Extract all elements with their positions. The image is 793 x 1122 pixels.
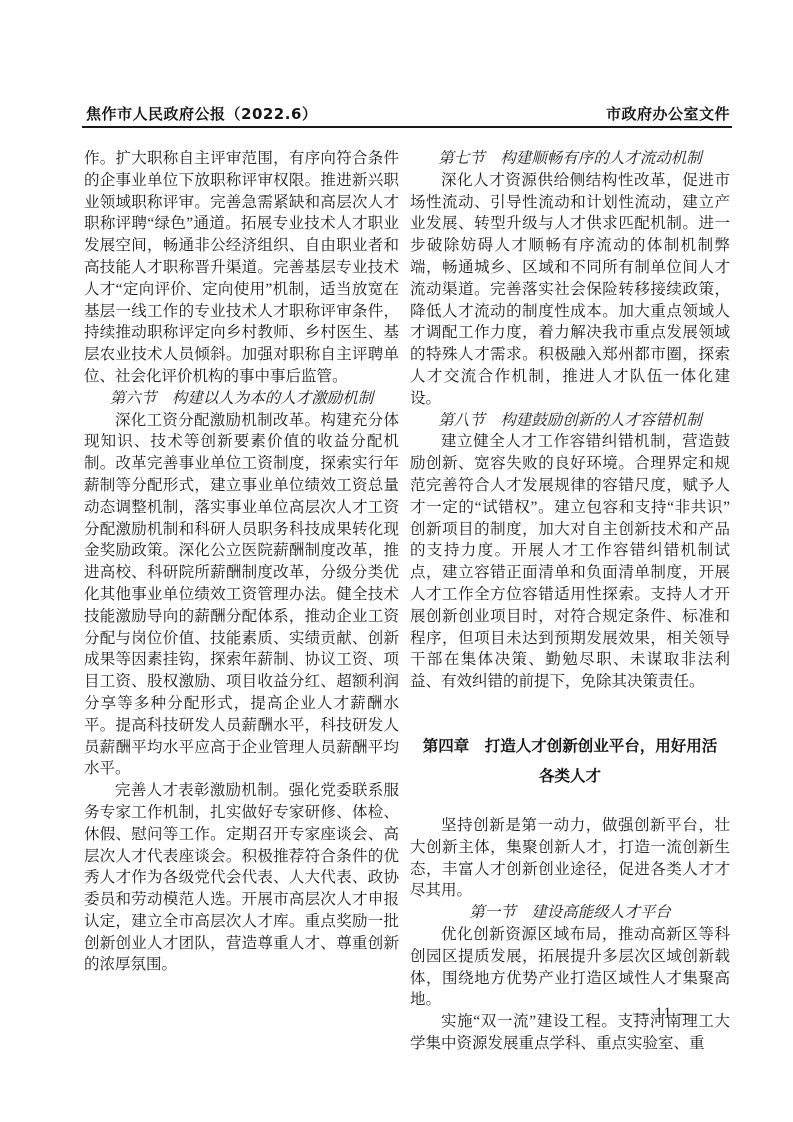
- section-8-paragraph: 建立健全人才工作容错纠错机制，营造鼓励创新、宽容失败的良好环境。合理界定和规范完…: [410, 431, 730, 693]
- header-publication-title: 焦作市人民政府公报（2022.6）: [86, 103, 317, 124]
- chapter-4-title-line-1: 第四章 打造人才创新创业平台，用好用活: [410, 731, 730, 761]
- header-rule: [82, 126, 732, 128]
- gazette-page: 焦作市人民政府公报（2022.6） 市政府办公室文件 作。扩大职称自主评审范围，…: [0, 0, 793, 1122]
- section-8-title: 第八节 构建鼓励创新的人才容错机制: [410, 410, 730, 432]
- right-column: 第七节 构建顺畅有序的人才流动机制 深化人才资源供给侧结构性改革，促进市场性流动…: [410, 148, 730, 1055]
- chapter-4-title: 第四章 打造人才创新创业平台，用好用活 各类人才: [410, 731, 730, 791]
- section-6-title: 第六节 构建以人为本的人才激励机制: [84, 388, 399, 410]
- chapter-4-intro-paragraph: 坚持创新是第一动力，做强创新平台，壮大创新主体，集聚创新人才，打造一流创新生态，…: [410, 815, 730, 902]
- left-column: 作。扩大职称自主评审范围，有序向符合条件的企事业单位下放职称评审权限。推进新兴职…: [84, 148, 399, 1055]
- continued-paragraph: 作。扩大职称自主评审范围，有序向符合条件的企事业单位下放职称评审权限。推进新兴职…: [84, 148, 399, 388]
- section-7-title: 第七节 构建顺畅有序的人才流动机制: [410, 148, 730, 170]
- page-header: 焦作市人民政府公报（2022.6） 市政府办公室文件: [86, 103, 730, 124]
- section-7-paragraph: 深化人才资源供给侧结构性改革，促进市场性流动、引导性流动和计划性流动，建立产业发…: [410, 170, 730, 410]
- section-6-paragraph-2: 完善人才表彰激励机制。强化党委联系服务专家工作机制，扎实做好专家研修、体检、休假…: [84, 780, 399, 976]
- chapter-4-title-line-2: 各类人才: [410, 761, 730, 791]
- header-document-category: 市政府办公室文件: [606, 103, 730, 124]
- page-number: — 11 —: [633, 1005, 694, 1023]
- content-columns: 作。扩大职称自主评审范围，有序向符合条件的企事业单位下放职称评审权限。推进新兴职…: [84, 148, 730, 1055]
- section-1-title: 第一节 建设高能级人才平台: [410, 902, 730, 924]
- section-1-paragraph-1: 优化创新资源区域布局，推动高新区等科创园区提质发展，拓展提升多层次区域创新载体，…: [410, 924, 730, 1011]
- section-6-paragraph-1: 深化工资分配激励机制改革。构建充分体现知识、技术等创新要素价值的收益分配机制。改…: [84, 410, 399, 781]
